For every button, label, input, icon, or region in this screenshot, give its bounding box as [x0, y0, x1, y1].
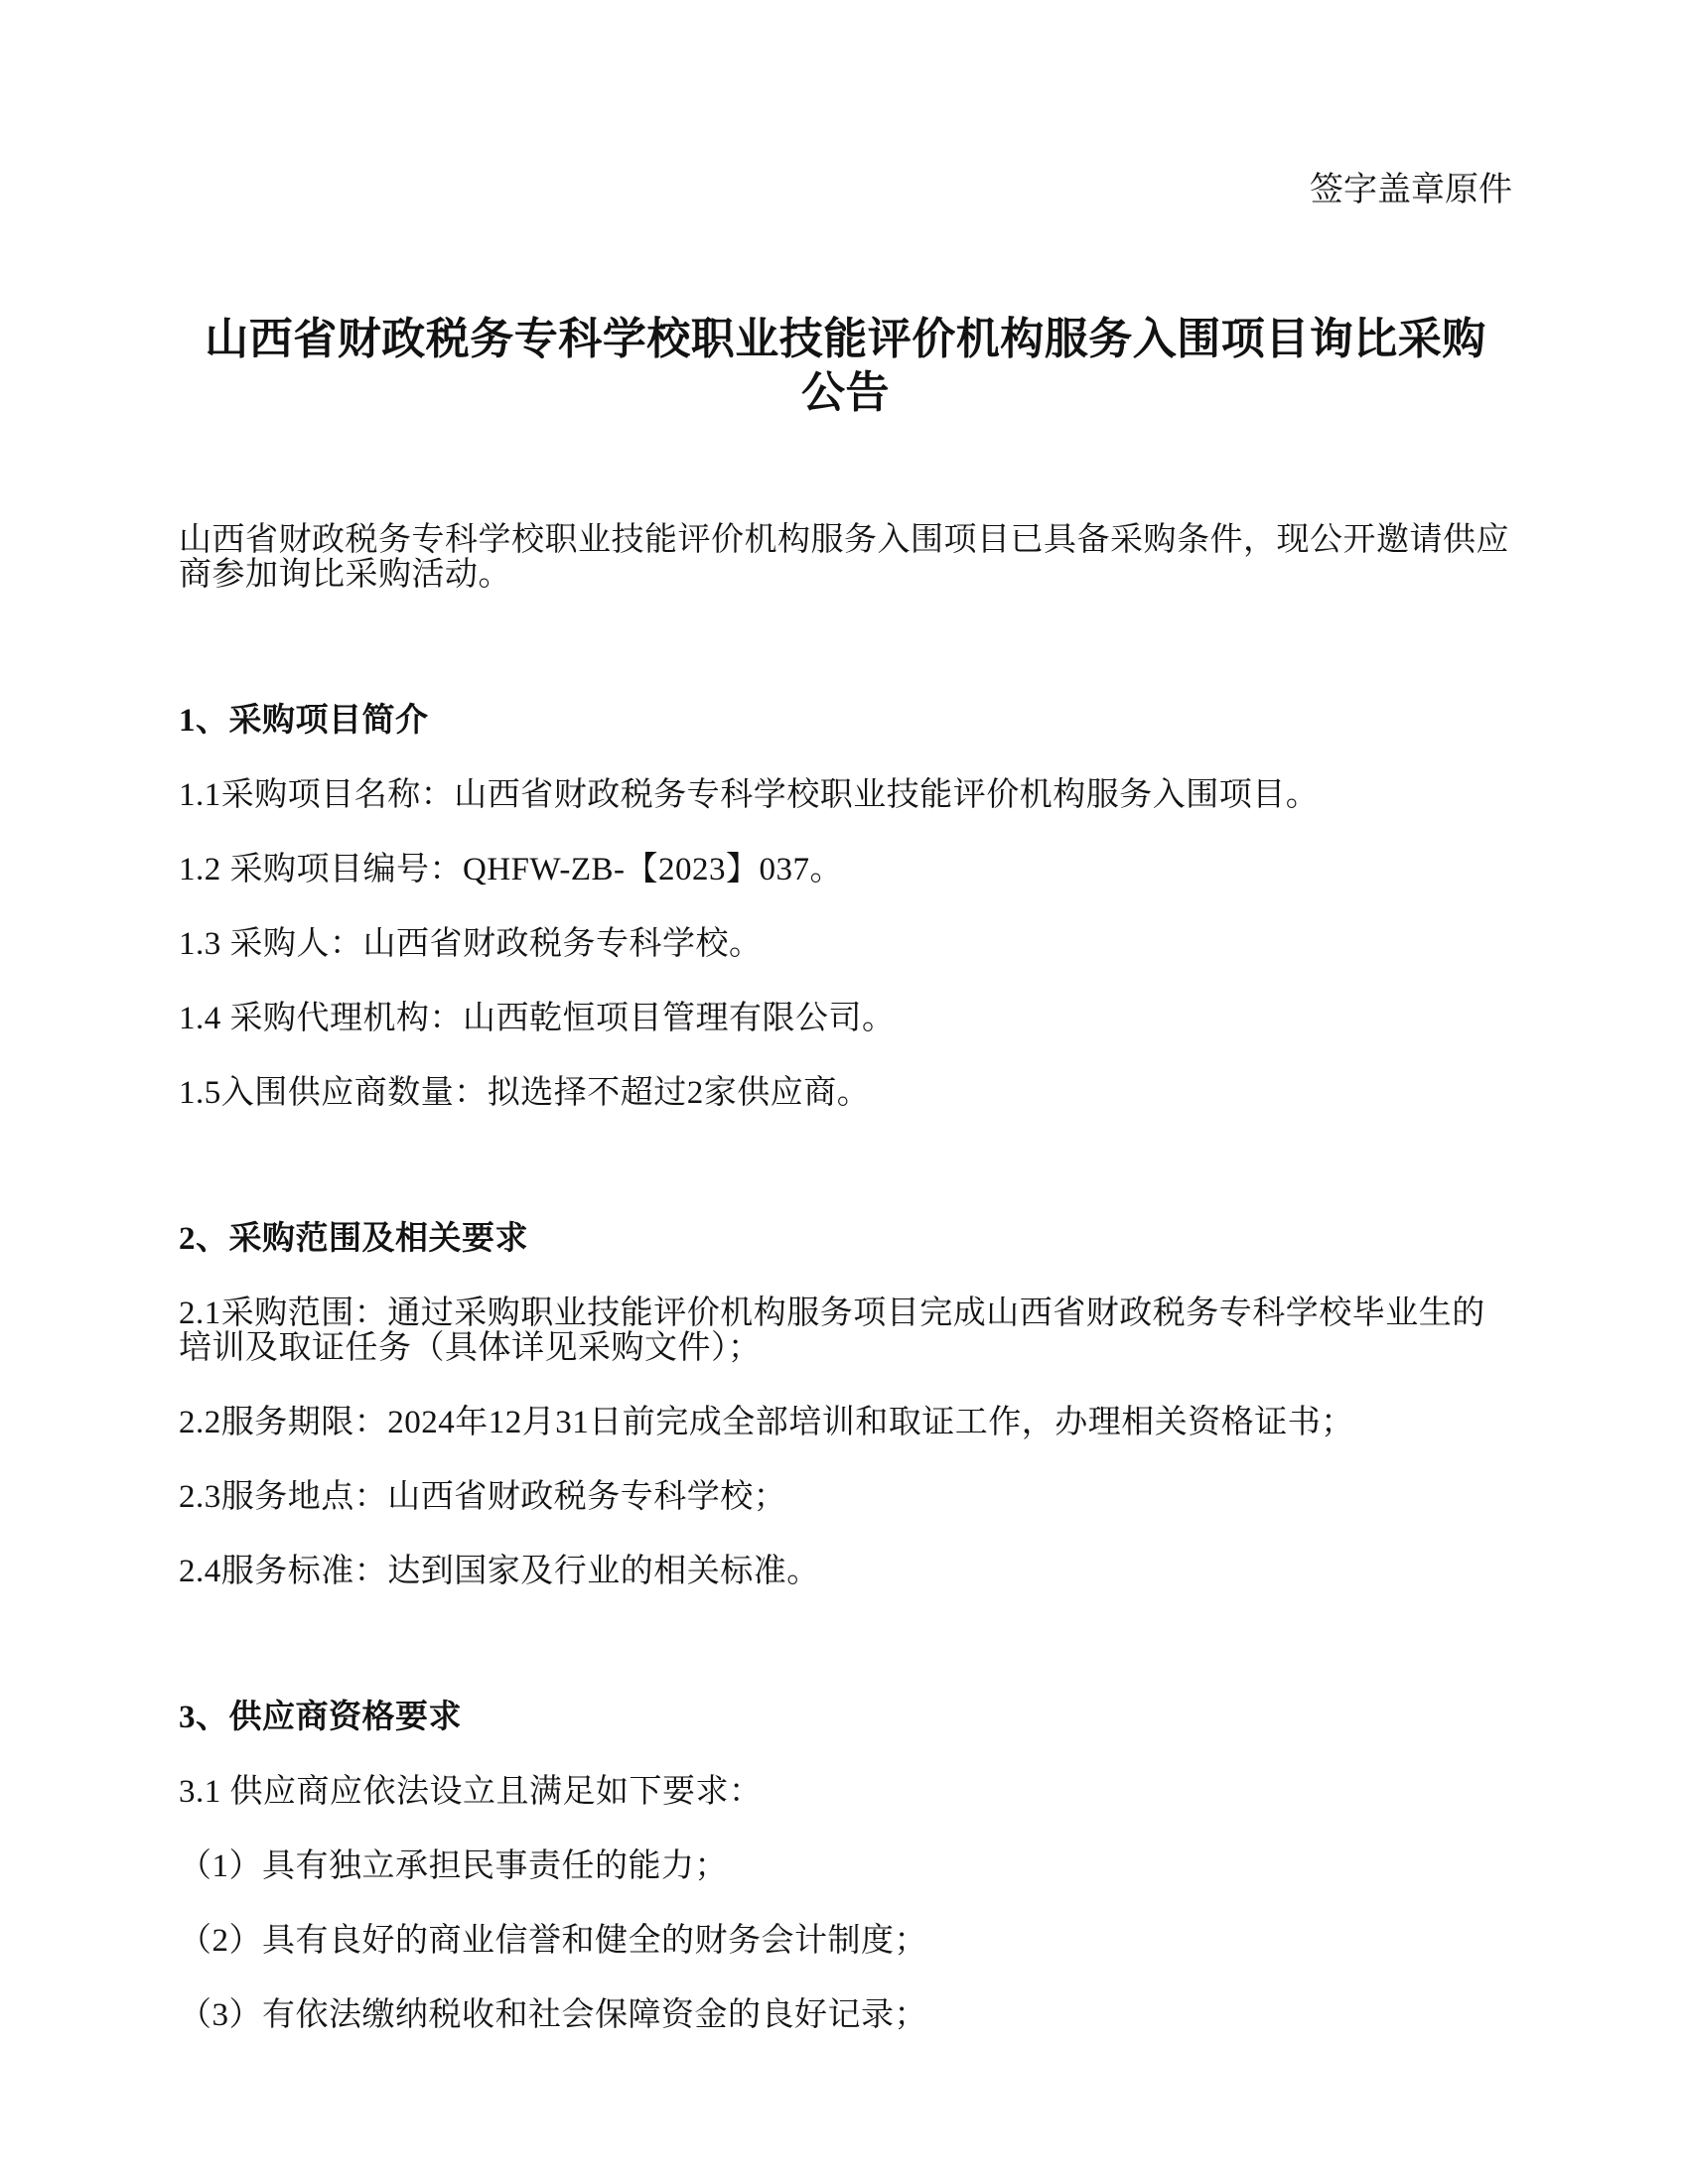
clause-2-3: 2.3服务地点：山西省财政税务专科学校； — [179, 1480, 1512, 1515]
clause-1-3: 1.3 采购人：山西省财政税务专科学校。 — [179, 927, 1512, 962]
clause-2-4: 2.4服务标准：达到国家及行业的相关标准。 — [179, 1555, 1512, 1589]
section-heading-project-overview: 1、采购项目简介 — [179, 704, 1512, 739]
stamp-note: 签字盖章原件 — [179, 171, 1512, 210]
clause-1-4: 1.4 采购代理机构：山西乾恒项目管理有限公司。 — [179, 1002, 1512, 1036]
section-heading-supplier-qualifications: 3、供应商资格要求 — [179, 1701, 1512, 1735]
clause-1-2: 1.2 采购项目编号：QHFW-ZB-【2023】037。 — [179, 853, 1512, 887]
document-title: 山西省财政税务专科学校职业技能评价机构服务入围项目询比采购 公告 — [179, 313, 1512, 420]
clause-3-1: 3.1 供应商应依法设立且满足如下要求： — [179, 1775, 1512, 1810]
clause-1-1: 1.1采购项目名称：山西省财政税务专科学校职业技能评价机构服务入围项目。 — [179, 778, 1512, 813]
section-heading-procurement-scope: 2、采购范围及相关要求 — [179, 1222, 1512, 1257]
clause-3-1-item-2: （2）具有良好的商业信誉和健全的财务会计制度； — [179, 1924, 1512, 1959]
clause-2-2: 2.2服务期限：2024年12月31日前完成全部培训和取证工作，办理相关资格证书… — [179, 1406, 1512, 1440]
clause-1-5: 1.5入围供应商数量：拟选择不超过2家供应商。 — [179, 1076, 1512, 1111]
document-page: 签字盖章原件 山西省财政税务专科学校职业技能评价机构服务入围项目询比采购 公告 … — [0, 0, 1688, 2184]
clause-3-1-item-1: （1）具有独立承担民事责任的能力； — [179, 1849, 1512, 1884]
intro-paragraph: 山西省财政税务专科学校职业技能评价机构服务入围项目已具备采购条件，现公开邀请供应… — [179, 523, 1512, 593]
clause-3-1-item-3: （3）有依法缴纳税收和社会保障资金的良好记录； — [179, 1998, 1512, 2033]
clause-2-1: 2.1采购范围：通过采购职业技能评价机构服务项目完成山西省财政税务专科学校毕业生… — [179, 1297, 1512, 1366]
